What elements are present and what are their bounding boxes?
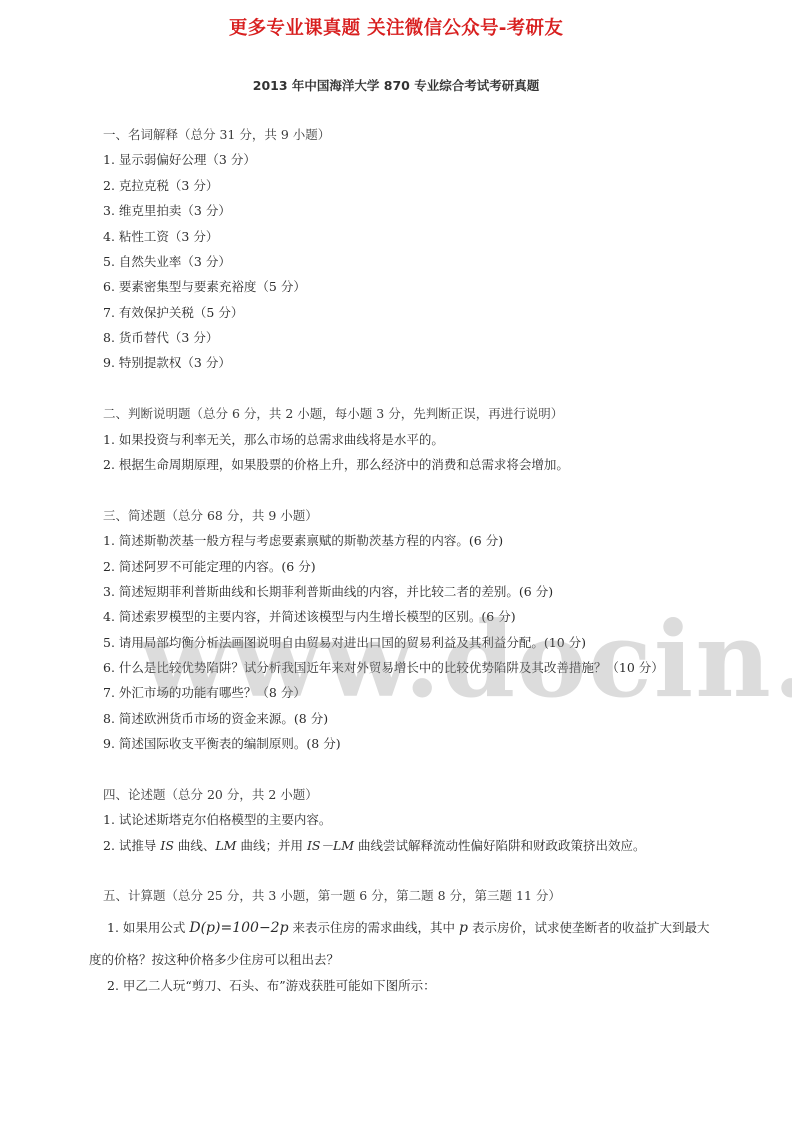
section-heading-5: 五、计算题（总分 25 分，共 3 小题，第一题 6 分，第二题 8 分，第三题… <box>103 888 561 904</box>
question-item: 4. 粘性工资（3 分） <box>103 229 218 245</box>
text: 表示房价，试求使垄断者的收益扩大到最大 <box>468 920 709 935</box>
math-formula: D(p)=100−2p <box>189 920 288 936</box>
section-heading-4: 四、论述题（总分 20 分，共 2 小题） <box>103 787 318 803</box>
text: 1. 如果用公式 <box>107 920 189 935</box>
section-heading-2: 二、判断说明题（总分 6 分，共 2 小题，每小题 3 分，先判断正误，再进行说… <box>103 406 563 422</box>
question-item-islm: 2. 试推导 IS 曲线、LM 曲线；并用 IS－LM 曲线尝试解释流动性偏好陷… <box>103 838 646 854</box>
question-item: 7. 外汇市场的功能有哪些？（8 分） <box>103 685 306 701</box>
math-is: IS <box>160 838 174 853</box>
section-heading-3: 三、简述题（总分 68 分，共 9 小题） <box>103 508 318 524</box>
question-item: 1. 显示弱偏好公理（3 分） <box>103 152 256 168</box>
math-lm: LM <box>215 838 236 853</box>
text: 来表示住房的需求曲线，其中 <box>289 920 459 935</box>
question-item: 2. 克拉克税（3 分） <box>103 178 218 194</box>
question-continuation: 度的价格？按这种价格多少住房可以租出去？ <box>89 952 339 968</box>
question-item: 9. 简述国际收支平衡表的编制原则。(8 分) <box>103 736 341 752</box>
section-heading-1: 一、名词解释（总分 31 分，共 9 小题） <box>103 127 330 143</box>
question-item: 6. 要素密集型与要素充裕度（5 分） <box>103 279 306 295</box>
question-item: 1. 简述斯勒茨基一般方程与考虑要素禀赋的斯勒茨基方程的内容。(6 分) <box>103 533 503 549</box>
document-title: 2013 年中国海洋大学 870 专业综合考试考研真题 <box>0 76 792 94</box>
question-item: 8. 简述欧洲货币市场的资金来源。(8 分) <box>103 711 328 727</box>
question-item: 5. 自然失业率（3 分） <box>103 254 231 270</box>
question-item: 2. 根据生命周期原理，如果股票的价格上升，那么经济中的消费和总需求将会增加。 <box>103 457 569 473</box>
question-item: 2. 简述阿罗不可能定理的内容。(6 分) <box>103 559 316 575</box>
question-item: 5. 请用局部均衡分析法画图说明自由贸易对进出口国的贸易利益及其利益分配。(10… <box>103 635 586 651</box>
text: 曲线；并用 <box>236 838 306 853</box>
promo-banner: 更多专业课真题 关注微信公众号-考研友 <box>0 14 792 40</box>
question-item: 3. 维克里拍卖（3 分） <box>103 203 231 219</box>
question-item: 9. 特别提款权（3 分） <box>103 355 231 371</box>
question-item: 7. 有效保护关税（5 分） <box>103 305 243 321</box>
math-var: p <box>459 920 468 936</box>
question-item: 6. 什么是比较优势陷阱？试分析我国近年来对外贸易增长中的比较优势陷阱及其改善措… <box>103 660 664 676</box>
question-item: 4. 简述索罗模型的主要内容，并简述该模型与内生增长模型的区别。(6 分) <box>103 609 516 625</box>
text: 曲线、 <box>174 838 215 853</box>
question-item: 3. 简述短期菲利普斯曲线和长期菲利普斯曲线的内容，并比较二者的差别。(6 分) <box>103 584 553 600</box>
math-islm: IS－LM <box>307 838 354 853</box>
question-item: 2. 甲乙二人玩“剪刀、石头、布”游戏获胜可能如下图所示： <box>107 978 436 994</box>
question-item: 1. 试论述斯塔克尔伯格模型的主要内容。 <box>103 812 331 828</box>
question-item: 1. 如果投资与利率无关，那么市场的总需求曲线将是水平的。 <box>103 432 444 448</box>
question-item-demand: 1. 如果用公式 D(p)=100−2p 来表示住房的需求曲线，其中 p 表示房… <box>107 920 709 936</box>
question-item: 8. 货币替代（3 分） <box>103 330 218 346</box>
text: 曲线尝试解释流动性偏好陷阱和财政政策挤出效应。 <box>354 838 645 853</box>
text: 2. 试推导 <box>103 838 160 853</box>
